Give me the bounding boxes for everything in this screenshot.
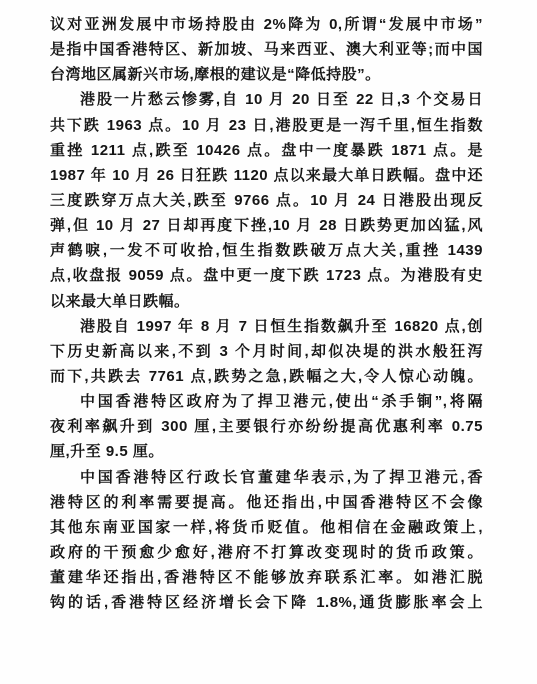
text-line: 钩的话,香港特区经济增长会下降 1.8%,通货膨胀率会上 [50,590,483,615]
text-line: 以来最大单日跌幅。 [50,289,483,314]
text-line: 港股自 1997 年 8 月 7 日恒生指数飙升至 16820 点,创 [50,314,483,339]
text-line: 声鹤唳,一发不可收拾,恒生指数跌破万点大关,重挫 1439 [50,238,483,263]
text-line: 夜利率飙升到 300 厘,主要银行亦纷纷提高优惠利率 0.75 [50,414,483,439]
text-line: 而下,共跌去 7761 点,跌势之急,跌幅之大,令人惊心动魄。 [50,364,483,389]
text-line: 台湾地区属新兴市场,摩根的建议是“降低持股”。 [50,62,483,87]
body-text: 议对亚洲发展中市场持股由 2%降为 0,所谓“发展中市场”是指中国香港特区、新加… [50,12,483,615]
text-line: 共下跌 1963 点。10 月 23 日,港股更是一泻千里,恒生指数 [50,113,483,138]
text-line: 弹,但 10 月 27 日却再度下挫,10 月 28 日跌势更加凶猛,风 [50,213,483,238]
text-line: 政府的干预愈少愈好,港府不打算改变现时的货币政策。 [50,540,483,565]
text-line: 中国香港特区行政长官董建华表示,为了捍卫港元,香 [50,465,483,490]
text-line: 是指中国香港特区、新加坡、马来西亚、澳大利亚等;而中国 [50,37,483,62]
text-line: 下历史新高以来,不到 3 个月时间,却似决堤的洪水般狂泻 [50,339,483,364]
text-line: 重挫 1211 点,跌至 10426 点。盘中一度暴跌 1871 点。是 [50,138,483,163]
text-line: 1987 年 10 月 26 日狂跌 1120 点以来最大单日跌幅。盘中还 [50,163,483,188]
text-line: 点,收盘报 9059 点。盘中更一度下跌 1723 点。为港股有史 [50,263,483,288]
text-line: 厘,升至 9.5 厘。 [50,439,483,464]
text-line: 议对亚洲发展中市场持股由 2%降为 0,所谓“发展中市场” [50,12,483,37]
text-line: 中国香港特区政府为了捍卫港元,使出“杀手锏”,将隔 [50,389,483,414]
text-line: 其他东南亚国家一样,将货币贬值。他相信在金融政策上, [50,515,483,540]
text-line: 董建华还指出,香港特区不能够放弃联系汇率。如港汇脱 [50,565,483,590]
text-line: 港股一片愁云惨雾,自 10 月 20 日至 22 日,3 个交易日 [50,87,483,112]
text-line: 港特区的利率需要提高。他还指出,中国香港特区不会像 [50,490,483,515]
text-line: 三度跌穿万点大关,跌至 9766 点。10 月 24 日港股出现反 [50,188,483,213]
scanned-book-page: 议对亚洲发展中市场持股由 2%降为 0,所谓“发展中市场”是指中国香港特区、新加… [0,0,537,684]
